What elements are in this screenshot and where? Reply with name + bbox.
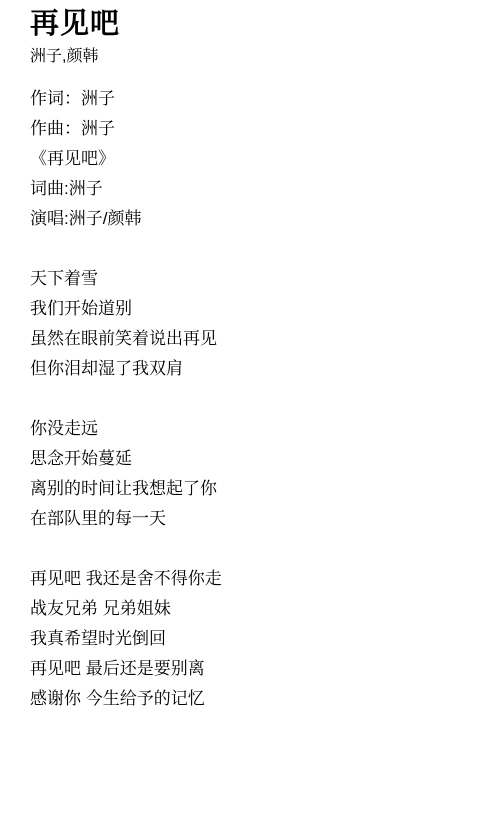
lyric-line: 作词：洲子: [30, 84, 480, 114]
lyric-line: 思念开始蔓延: [30, 444, 480, 474]
lyric-line: 战友兄弟 兄弟姐妹: [30, 594, 480, 624]
lyric-line: 在部队里的每一天: [30, 504, 480, 534]
lyrics-body: 作词：洲子 作曲：洲子 《再见吧》 词曲:洲子 演唱:洲子/颜韩 天下着雪 我们…: [30, 84, 480, 714]
song-title: 再见吧: [30, 6, 480, 42]
lyric-line: 离别的时间让我想起了你: [30, 474, 480, 504]
stanza-credits: 作词：洲子 作曲：洲子 《再见吧》 词曲:洲子 演唱:洲子/颜韩: [30, 84, 480, 234]
stanza-verse-2: 你没走远 思念开始蔓延 离别的时间让我想起了你 在部队里的每一天: [30, 414, 480, 534]
lyric-line: 但你泪却湿了我双肩: [30, 354, 480, 384]
lyric-line: 我们开始道别: [30, 294, 480, 324]
lyric-line: 演唱:洲子/颜韩: [30, 204, 480, 234]
lyric-line: 我真希望时光倒回: [30, 624, 480, 654]
lyric-line: 词曲:洲子: [30, 174, 480, 204]
lyric-line: 再见吧 我还是舍不得你走: [30, 564, 480, 594]
lyrics-page: 再见吧 洲子,颜韩 作词：洲子 作曲：洲子 《再见吧》 词曲:洲子 演唱:洲子/…: [0, 0, 500, 820]
lyric-line: 《再见吧》: [30, 144, 480, 174]
stanza-verse-1: 天下着雪 我们开始道别 虽然在眼前笑着说出再见 但你泪却湿了我双肩: [30, 264, 480, 384]
lyric-line: 你没走远: [30, 414, 480, 444]
song-artist: 洲子,颜韩: [30, 46, 480, 68]
lyric-line: 作曲：洲子: [30, 114, 480, 144]
lyric-line: 再见吧 最后还是要别离: [30, 654, 480, 684]
lyric-line: 虽然在眼前笑着说出再见: [30, 324, 480, 354]
lyric-line: 天下着雪: [30, 264, 480, 294]
stanza-chorus: 再见吧 我还是舍不得你走 战友兄弟 兄弟姐妹 我真希望时光倒回 再见吧 最后还是…: [30, 564, 480, 714]
lyric-line: 感谢你 今生给予的记忆: [30, 684, 480, 714]
